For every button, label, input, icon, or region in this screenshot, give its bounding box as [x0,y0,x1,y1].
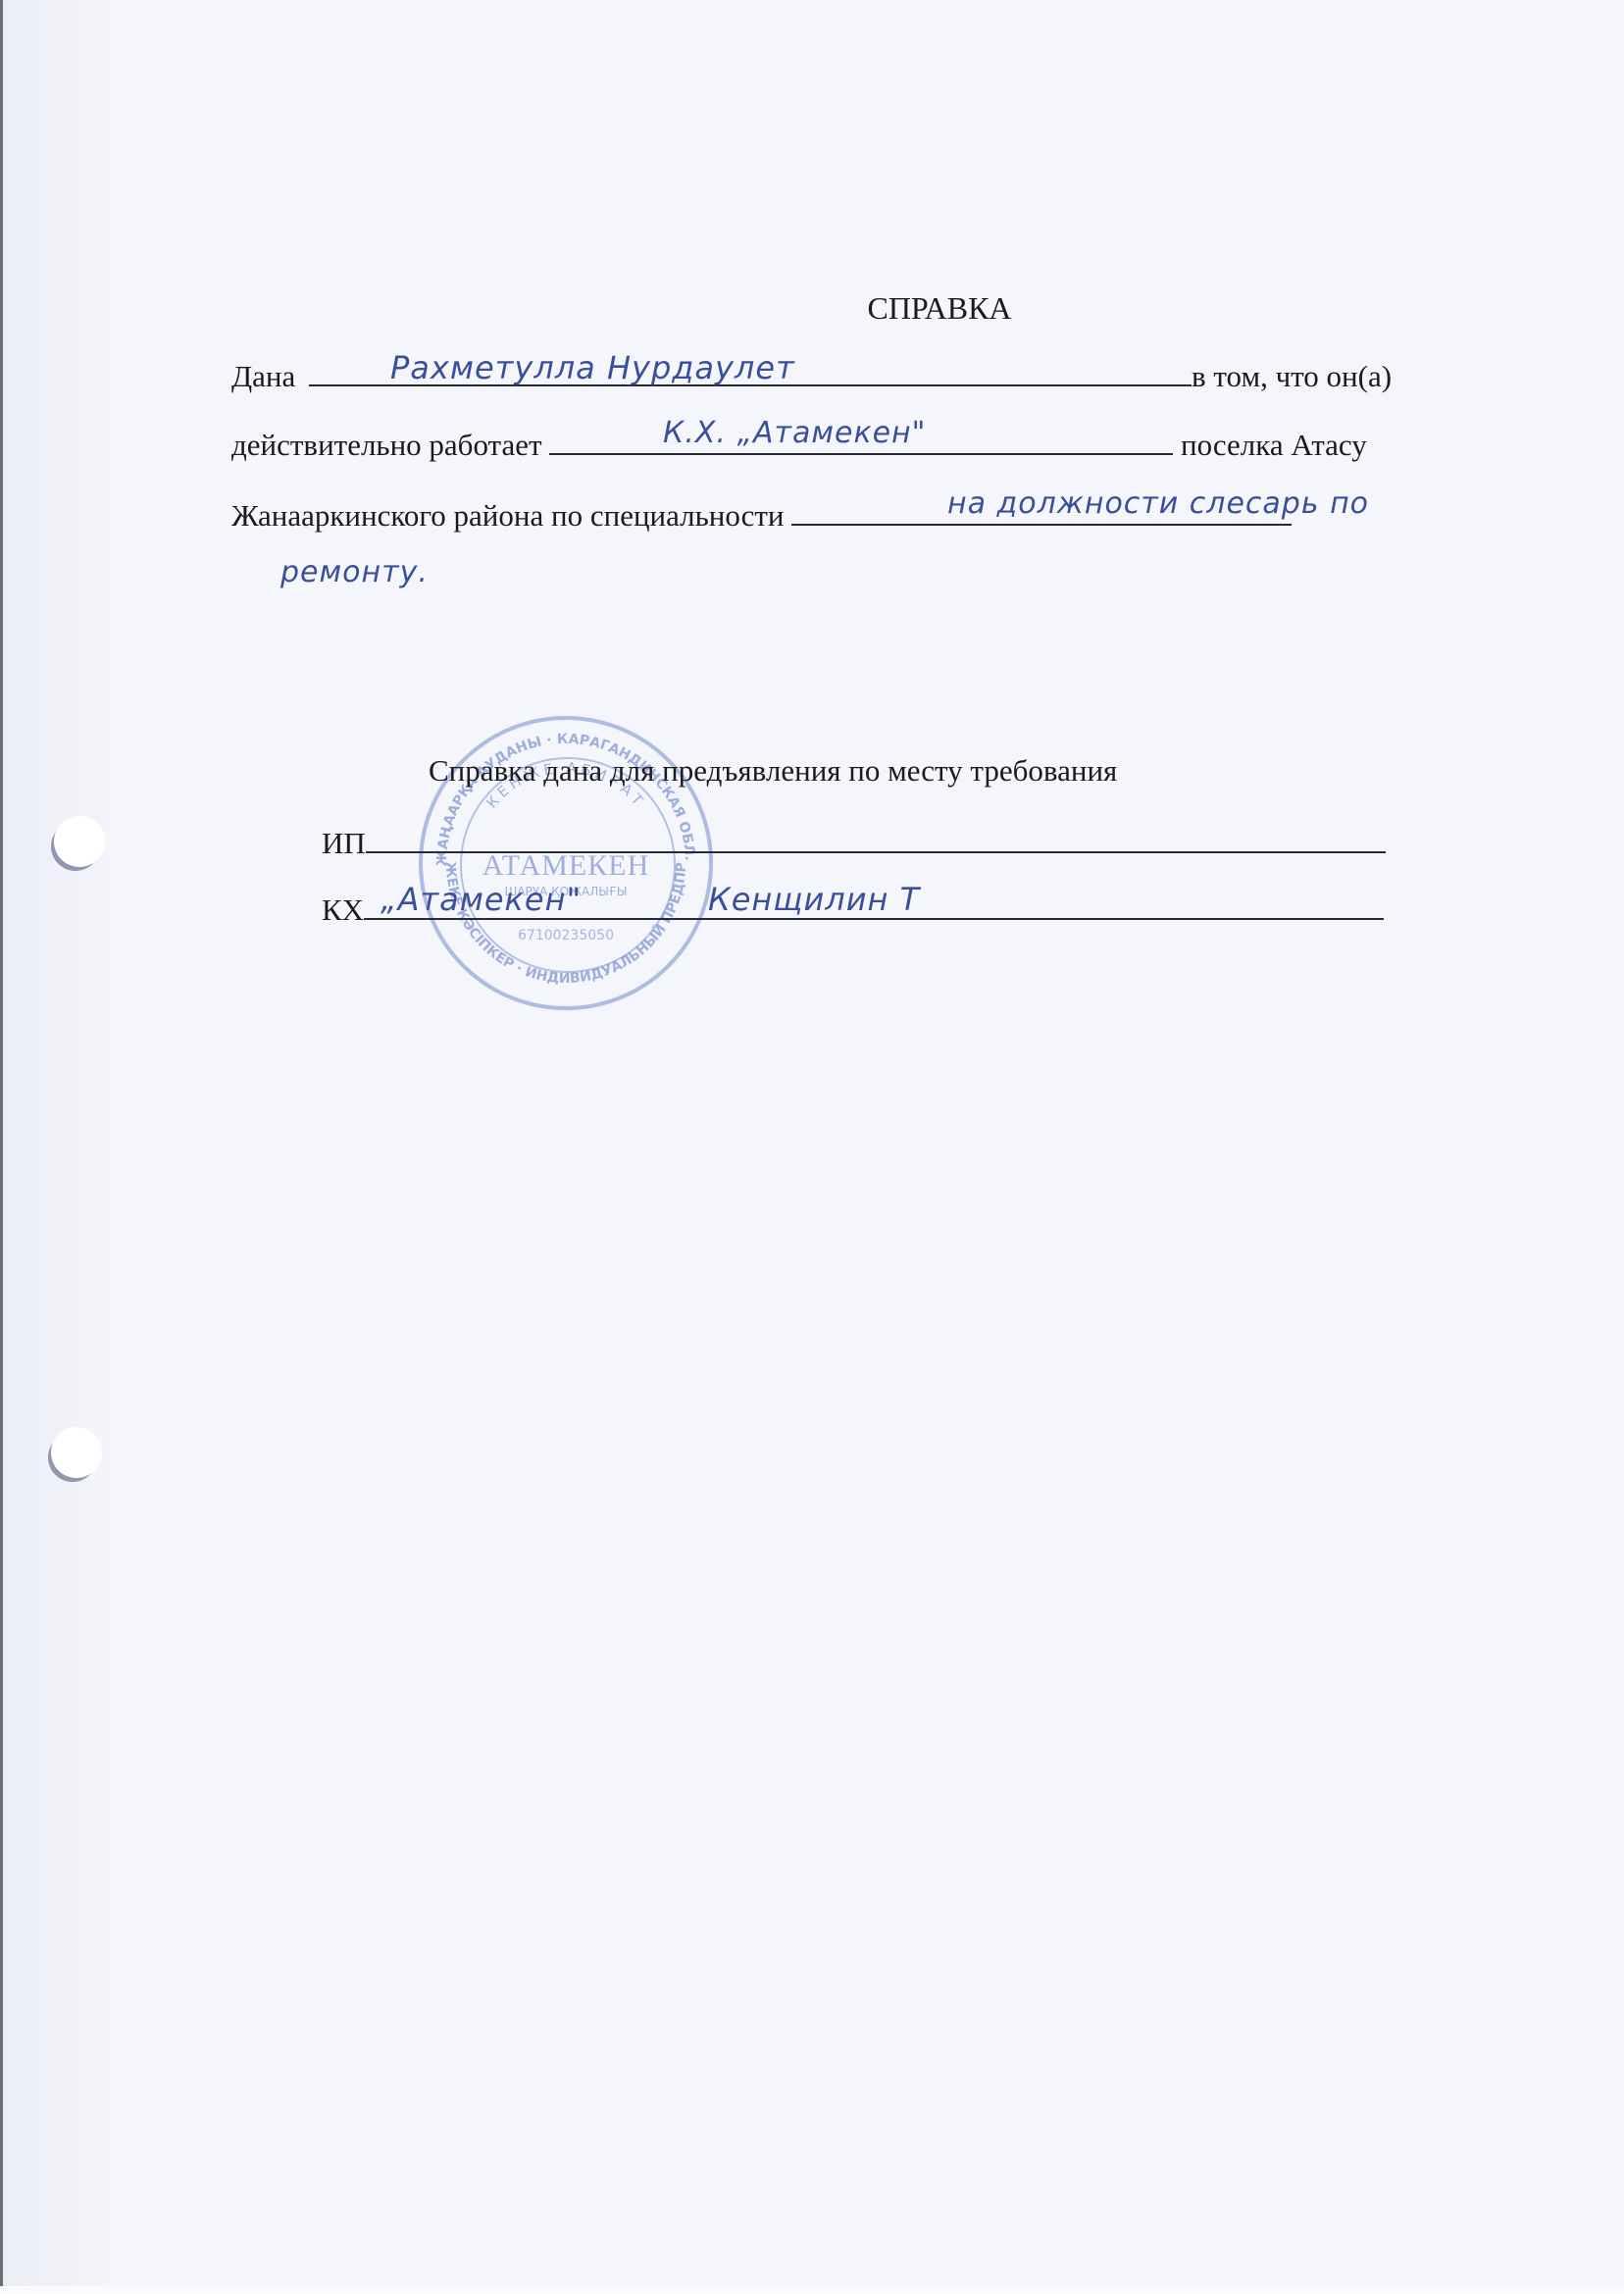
punch-hole-top [54,816,105,867]
handwritten-employer: К.Х. „Атамекен" [663,416,926,450]
handwritten-position: на должности слесарь по [947,486,1369,521]
signature: Кенщилин Т [708,881,920,918]
handwritten-position-continuation: ремонту. [280,555,429,589]
given-to-label: Дана [231,359,295,393]
works-at-label: действительно работает [231,428,542,462]
scan-bottom-edge [0,2286,1624,2294]
ip-field[interactable] [366,822,1386,853]
given-to-suffix: в том, что он(а) [1192,359,1392,393]
kx-label: КХ [322,892,364,927]
handwritten-kx-name: „Атамекен" [381,881,582,918]
handwritten-name: Рахметулла Нурдаулет [390,349,795,386]
specialty-label: Жанааркинского района по специальности [231,498,785,533]
purpose-text: Справка дана для предъявления по месту т… [429,755,1117,786]
punch-hole-bottom [51,1427,102,1478]
scan-shadow [3,0,121,2294]
ip-line: ИП [322,822,1386,858]
document-title: СПРАВКА [0,290,1624,327]
ip-label: ИП [322,826,366,860]
stamp-number: 67100235050 [423,928,709,943]
works-at-suffix: поселка Атасу [1181,428,1367,462]
